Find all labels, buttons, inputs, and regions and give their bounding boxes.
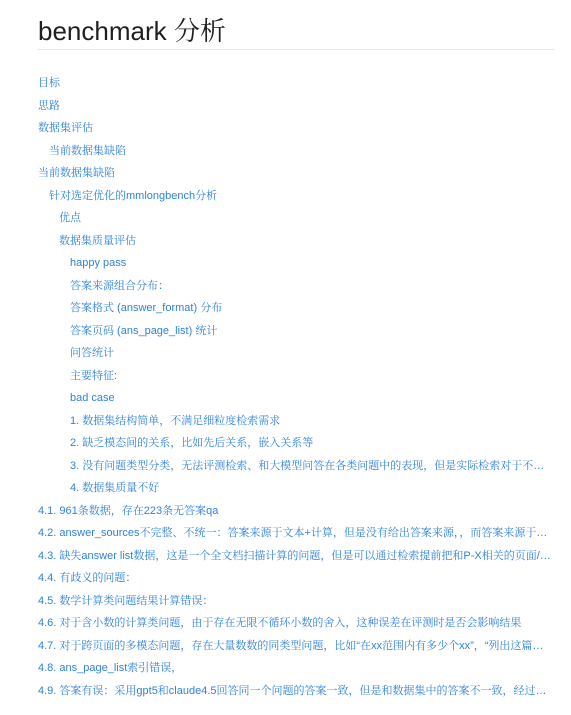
toc-item-dataset-evaluation[interactable]: 数据集评估: [38, 119, 554, 142]
toc-item-bad-case[interactable]: bad case: [38, 389, 554, 412]
page-title: benchmark 分析: [38, 13, 226, 49]
toc-item-mmlongbench-analysis[interactable]: 针对选定优化的mmlongbench分析: [38, 187, 554, 210]
title-divider: [38, 49, 554, 50]
toc-item-bad-case-3[interactable]: 3. 没有问题类型分类，无法评测检索、和大模型问答在各类问题中的表现，但是实际检…: [38, 457, 554, 480]
toc-item-current-dataset-defects[interactable]: 当前数据集缺陷: [38, 164, 554, 187]
toc-item-4-7[interactable]: 4.7. 对于跨页面的多模态问题，存在大量数数的同类型问题，比如“在xx范围内有…: [38, 637, 554, 660]
toc-item-4-2[interactable]: 4.2. answer_sources不完整、不统一：答案来源于文本+计算，但是…: [38, 524, 554, 547]
toc-item-answer-page-stats[interactable]: 答案页码 (ans_page_list) 统计: [38, 322, 554, 345]
toc-item-happy-pass[interactable]: happy pass: [38, 254, 554, 277]
toc-item-current-dataset-defects-sub[interactable]: 当前数据集缺陷: [38, 142, 554, 165]
toc-item-bad-case-2[interactable]: 2. 缺乏模态间的关系，比如先后关系，嵌入关系等: [38, 434, 554, 457]
toc-item-main-features[interactable]: 主要特征:: [38, 367, 554, 390]
toc-item-answer-source-distribution[interactable]: 答案来源组合分布：: [38, 277, 554, 300]
toc-item-4-9[interactable]: 4.9. 答案有误：采用gpt5和claude4.5回答同一个问题的答案一致，但…: [38, 682, 554, 705]
toc-item-advantages[interactable]: 优点: [38, 209, 554, 232]
toc-item-bad-case-1[interactable]: 1. 数据集结构简单，不满足细粒度检索需求: [38, 412, 554, 435]
toc-item-4-5[interactable]: 4.5. 数学计算类问题结果计算错误：: [38, 592, 554, 615]
toc-item-4-1[interactable]: 4.1. 961条数据，存在223条无答案qa: [38, 502, 554, 525]
toc-item-bad-case-4[interactable]: 4. 数据集质量不好: [38, 479, 554, 502]
toc-item-4-4[interactable]: 4.4. 有歧义的问题：: [38, 569, 554, 592]
toc-item-approach[interactable]: 思路: [38, 97, 554, 120]
toc-item-4-8[interactable]: 4.8. ans_page_list索引错误，: [38, 659, 554, 682]
table-of-contents: 目标 思路 数据集评估 当前数据集缺陷 当前数据集缺陷 针对选定优化的mmlon…: [38, 74, 554, 704]
toc-item-qa-stats[interactable]: 问答统计: [38, 344, 554, 367]
toc-item-4-3[interactable]: 4.3. 缺失answer list数据，这是一个全文档扫描计算的问题，但是可以…: [38, 547, 554, 570]
toc-item-goal[interactable]: 目标: [38, 74, 554, 97]
toc-item-dataset-quality-evaluation[interactable]: 数据集质量评估: [38, 232, 554, 255]
toc-item-4-6[interactable]: 4.6. 对于含小数的计算类问题，由于存在无限不循环小数的舍入，这种误差在评测时…: [38, 614, 554, 637]
toc-item-answer-format-distribution[interactable]: 答案格式 (answer_format) 分布: [38, 299, 554, 322]
